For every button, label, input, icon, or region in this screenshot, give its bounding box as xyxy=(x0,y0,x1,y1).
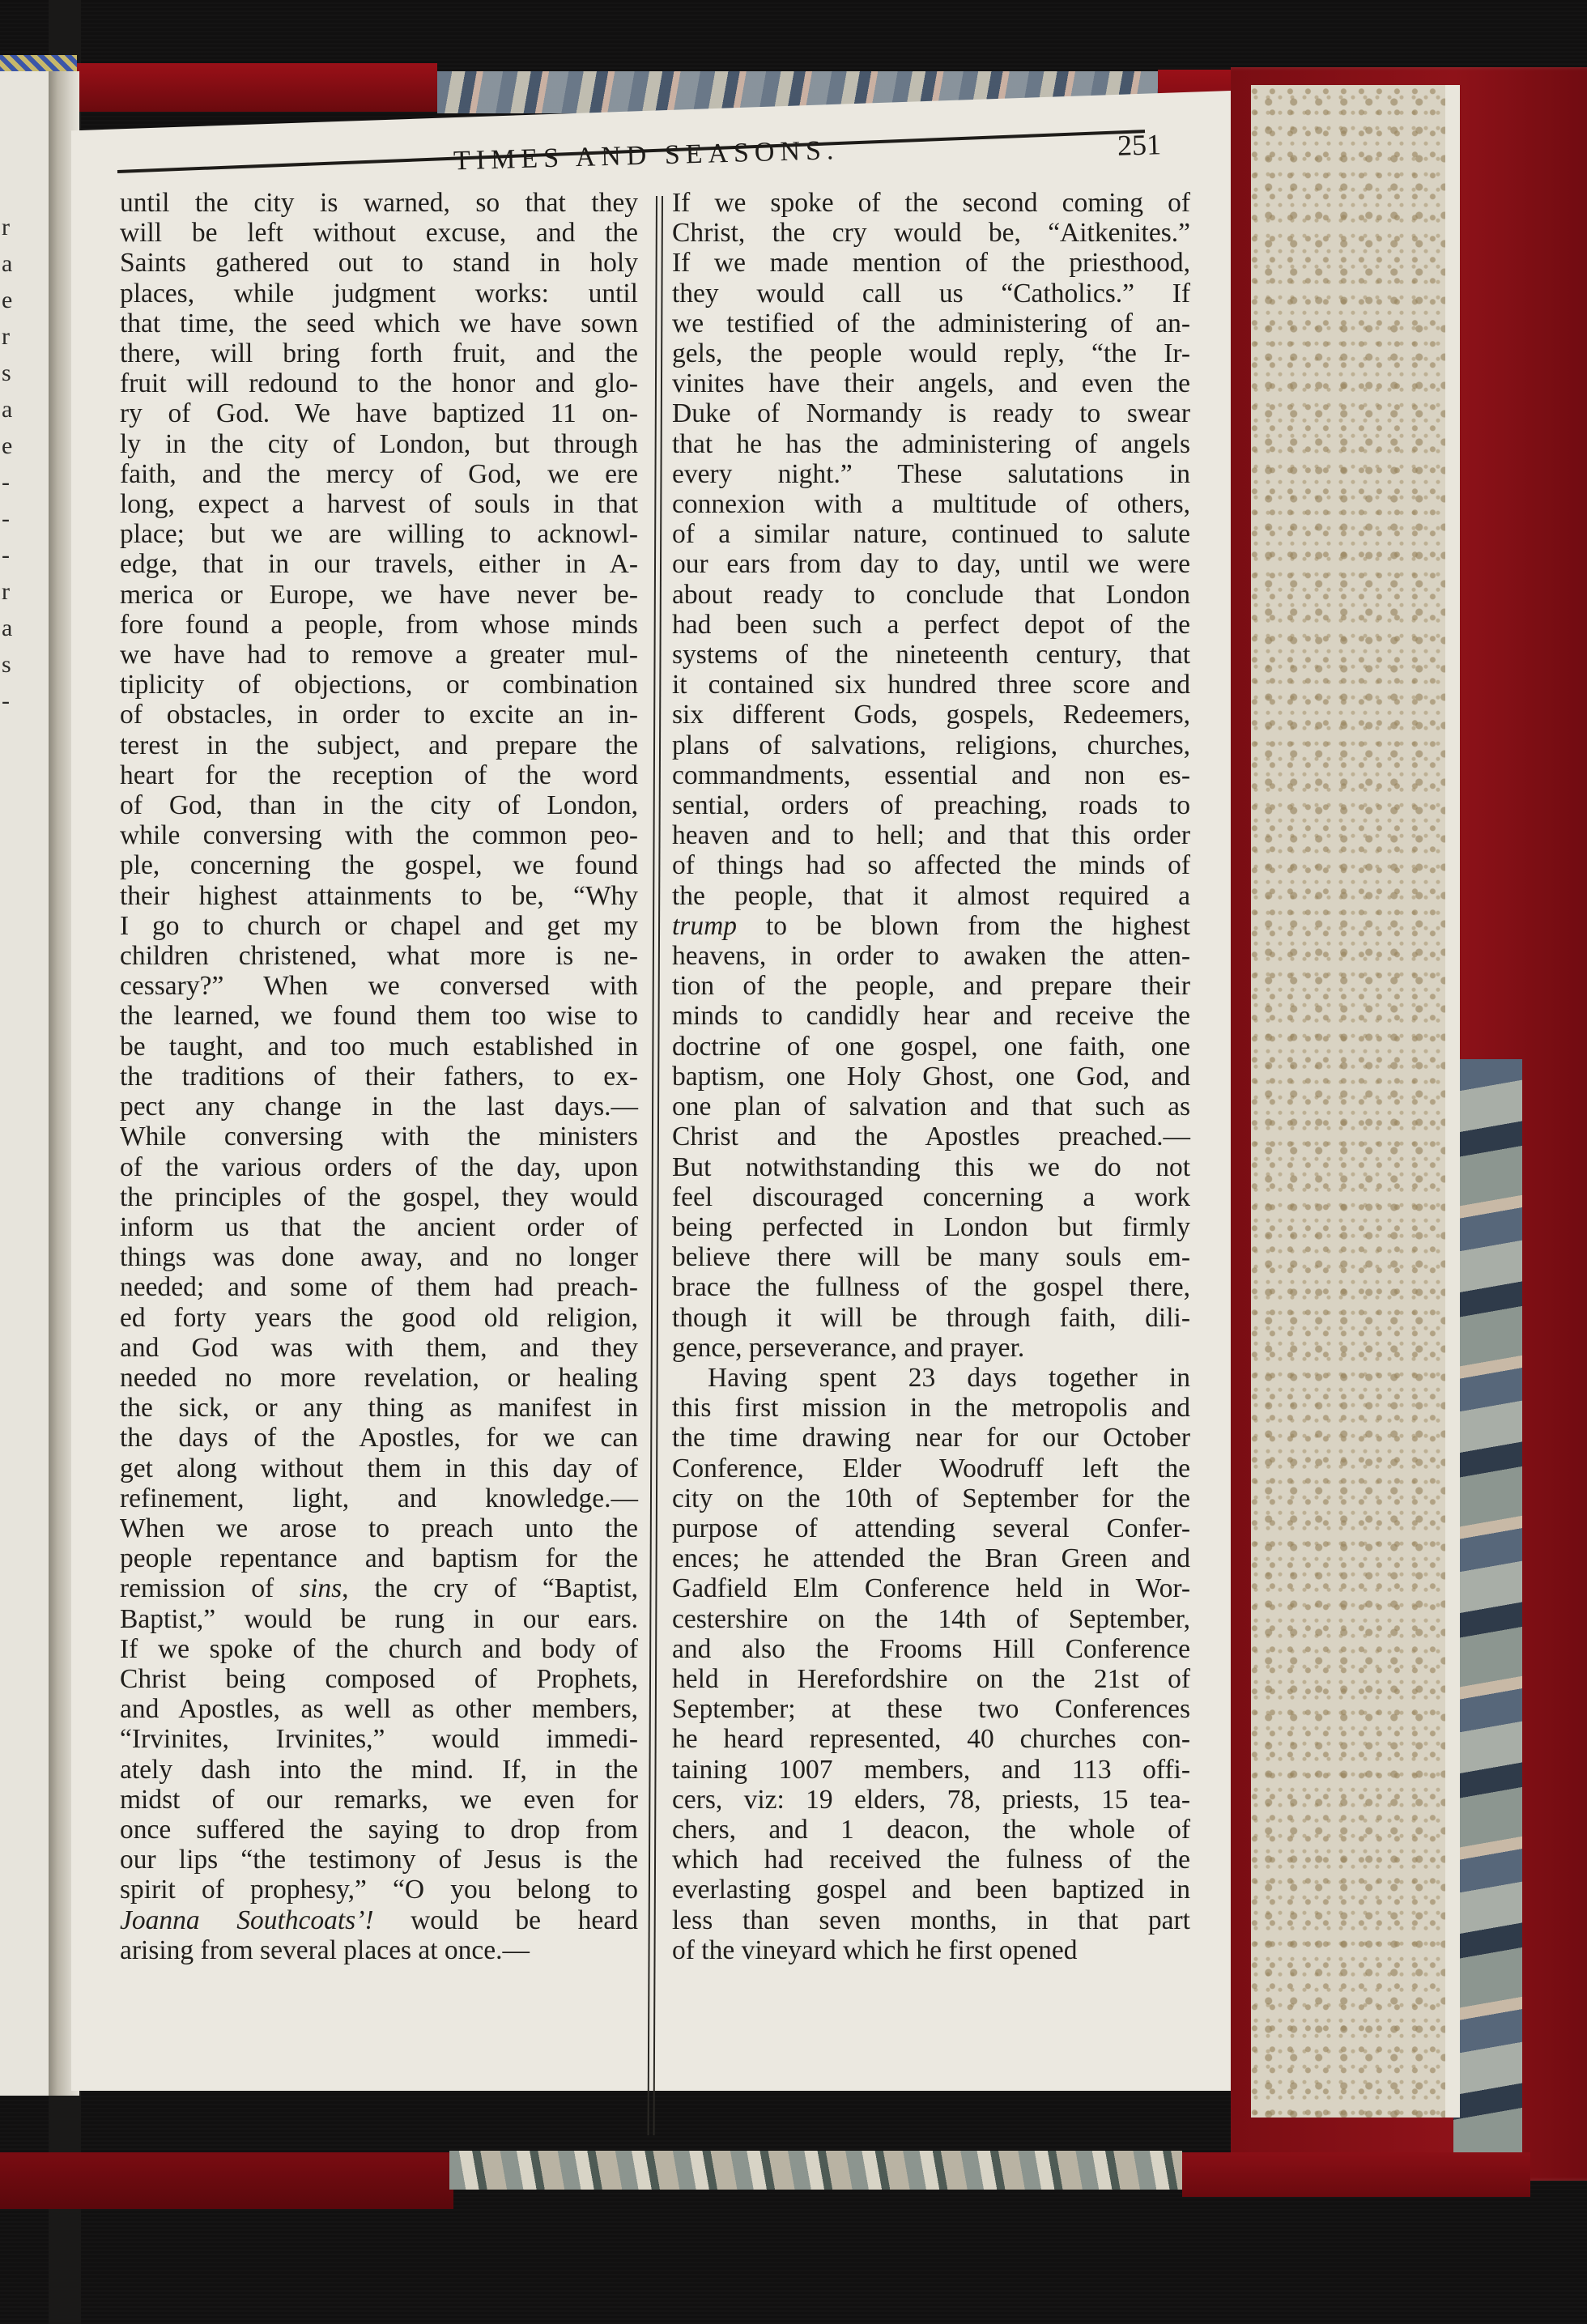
speckled-fore-edge xyxy=(1251,85,1445,2118)
text-line: needed; and some of them had preach- xyxy=(120,1272,638,1302)
text-line: gence, perseverance, and prayer. xyxy=(672,1333,1190,1363)
text-line: the traditions of their fathers, to ex- xyxy=(120,1062,638,1092)
left-page-edge-glyph: e xyxy=(2,282,10,318)
text-line: tiplicity of objections, or combination xyxy=(120,670,638,700)
text-line: terest in the subject, and prepare the xyxy=(120,730,638,760)
text-line: ed forty years the good old religion, xyxy=(120,1303,638,1333)
text-line: merica or Europe, we have never be- xyxy=(120,580,638,610)
text-line: minds to candidly hear and receive the xyxy=(672,1001,1190,1031)
text-line: of a similar nature, continued to salute xyxy=(672,519,1190,549)
text-line: place; but we are willing to acknowl- xyxy=(120,519,638,549)
text-line: less than seven months, in that part xyxy=(672,1905,1190,1935)
text-line: baptism, one Holy Ghost, one God, and xyxy=(672,1062,1190,1092)
text-line: faith, and the mercy of God, we ere xyxy=(120,459,638,489)
text-column-right: If we spoke of the second coming ofChris… xyxy=(672,188,1190,1965)
text-line: ly in the city of London, but through xyxy=(120,429,638,459)
text-line: their highest attainments to be, “Why xyxy=(120,881,638,911)
text-line: and Apostles, as well as other members, xyxy=(120,1694,638,1724)
text-line: While conversing with the ministers xyxy=(120,1122,638,1151)
text-line: our lips “the testimony of Jesus is the xyxy=(120,1845,638,1875)
text-line: sential, orders of preaching, roads to xyxy=(672,790,1190,820)
text-line: the days of the Apostles, for we can xyxy=(120,1423,638,1453)
text-line: that he has the administering of angels xyxy=(672,429,1190,459)
text-line: commandments, essential and non es- xyxy=(672,760,1190,790)
text-line: until the city is warned, so that they xyxy=(120,188,638,218)
text-line: ately dash into the mind. If, in the xyxy=(120,1755,638,1785)
text-line: of the various orders of the day, upon xyxy=(120,1152,638,1182)
text-line: taining 1007 members, and 113 offi- xyxy=(672,1755,1190,1785)
text-line: of the vineyard which he first opened xyxy=(672,1935,1190,1965)
text-line: spirit of prophesy,” “O you belong to xyxy=(120,1875,638,1905)
text-column-left: until the city is warned, so that theywi… xyxy=(120,188,638,1965)
text-line: heavens, in order to awaken the atten- xyxy=(672,941,1190,971)
text-line: vinites have their angels, and even the xyxy=(672,368,1190,398)
text-line: trump to be blown from the highest xyxy=(672,911,1190,941)
left-page-edge-glyph: a xyxy=(2,610,10,646)
text-line: Christ being composed of Prophets, xyxy=(120,1664,638,1694)
left-page-edge-glyph: r xyxy=(2,573,10,610)
text-line: places, while judgment works: until xyxy=(120,279,638,309)
text-line: remission of sins, the cry of “Baptist, xyxy=(120,1573,638,1603)
text-line: had been such a perfect depot of the xyxy=(672,610,1190,640)
text-line: this first mission in the metropolis and xyxy=(672,1393,1190,1423)
text-line: they would call us “Catholics.” If xyxy=(672,279,1190,309)
text-line: feel discouraged concerning a work xyxy=(672,1182,1190,1212)
text-line: ences; he attended the Bran Green and xyxy=(672,1543,1190,1573)
left-page-edge-glyph: s xyxy=(2,646,10,683)
text-line: things was done away, and no longer xyxy=(120,1242,638,1272)
left-page-edge-glyph: - xyxy=(2,683,10,719)
text-line: brace the fullness of the gospel there, xyxy=(672,1272,1190,1302)
text-line: children christened, what more is ne- xyxy=(120,941,638,971)
left-page-edge-glyph: s xyxy=(2,355,10,391)
text-line: doctrine of one gospel, one faith, one xyxy=(672,1032,1190,1062)
text-line: pect any change in the last days.— xyxy=(120,1092,638,1122)
text-line: long, expect a harvest of souls in that xyxy=(120,489,638,519)
text-line: plans of salvations, religions, churches… xyxy=(672,730,1190,760)
text-line: edge, that in our travels, either in A- xyxy=(120,549,638,579)
left-page-sliver: raersae---ras- xyxy=(0,71,50,2096)
text-line: “Irvinites, Irvinites,” would immedi- xyxy=(120,1724,638,1754)
text-line: needed no more revelation, or healing xyxy=(120,1363,638,1393)
left-page-edge-glyph: e xyxy=(2,428,10,464)
text-line: Christ and the Apostles preached.— xyxy=(672,1122,1190,1151)
text-line: we have had to remove a greater mul- xyxy=(120,640,638,670)
text-line: cessary?” When we conversed with xyxy=(120,971,638,1001)
text-line: believe there will be many souls em- xyxy=(672,1242,1190,1272)
headband xyxy=(0,55,77,73)
text-line: Conference, Elder Woodruff left the xyxy=(672,1454,1190,1483)
text-line: which had received the fulness of the xyxy=(672,1845,1190,1875)
text-line: I go to church or chapel and get my xyxy=(120,911,638,941)
text-line: fruit will redound to the honor and glo- xyxy=(120,368,638,398)
text-line: Duke of Normandy is ready to swear xyxy=(672,398,1190,428)
text-line: being perfected in London but firmly xyxy=(672,1212,1190,1242)
text-line: Gadfield Elm Conference held in Wor- xyxy=(672,1573,1190,1603)
text-line: Baptist,” would be rung in our ears. xyxy=(120,1604,638,1634)
text-line: purpose of attending several Confer- xyxy=(672,1513,1190,1543)
text-line: September; at these two Conferences xyxy=(672,1694,1190,1724)
text-line: connexion with a multitude of others, xyxy=(672,489,1190,519)
text-line: he heard represented, 40 churches con- xyxy=(672,1724,1190,1754)
text-line: of things had so affected the minds of xyxy=(672,850,1190,880)
text-line: though it will be through faith, dili- xyxy=(672,1303,1190,1333)
text-line: Saints gathered out to stand in holy xyxy=(120,248,638,278)
text-line: six different Gods, gospels, Redeemers, xyxy=(672,700,1190,730)
binding-bottom-left-leather xyxy=(0,2152,453,2209)
left-page-edge-glyph: - xyxy=(2,537,10,573)
text-line: Having spent 23 days together in xyxy=(672,1363,1190,1393)
text-line: Christ, the cry would be, “Aitkenites.” xyxy=(672,218,1190,248)
text-line: If we spoke of the second coming of xyxy=(672,188,1190,218)
text-line: If we made mention of the priesthood, xyxy=(672,248,1190,278)
text-line: every night.” These salutations in xyxy=(672,459,1190,489)
text-line: refinement, light, and knowledge.— xyxy=(120,1483,638,1513)
text-line: held in Herefordshire on the 21st of xyxy=(672,1664,1190,1694)
marbled-paper-bottom xyxy=(449,2151,1182,2190)
text-line: city on the 10th of September for the xyxy=(672,1483,1190,1513)
text-line: If we spoke of the church and body of xyxy=(120,1634,638,1664)
left-page-edge-text: raersae---ras- xyxy=(2,209,10,719)
text-line: everlasting gospel and been baptized in xyxy=(672,1875,1190,1905)
fore-edge-lip xyxy=(1445,85,1460,2118)
text-line: the sick, or any thing as manifest in xyxy=(120,1393,638,1423)
left-page-edge-glyph: a xyxy=(2,245,10,282)
text-line: and God was with them, and they xyxy=(120,1333,638,1363)
text-line: the people, that it almost required a xyxy=(672,881,1190,911)
text-line: people repentance and baptism for the xyxy=(120,1543,638,1573)
left-page-edge-glyph: a xyxy=(2,391,10,428)
left-page-edge-glyph: r xyxy=(2,318,10,355)
text-line: gels, the people would reply, “the Ir- xyxy=(672,338,1190,368)
italic-phrase: Joanna Southcoats’! xyxy=(120,1905,374,1935)
text-line: systems of the nineteenth century, that xyxy=(672,640,1190,670)
left-page-edge-glyph: r xyxy=(2,209,10,245)
text-line: of God, than in the city of London, xyxy=(120,790,638,820)
text-line: while conversing with the common peo- xyxy=(120,820,638,850)
text-line: and also the Frooms Hill Conference xyxy=(672,1634,1190,1664)
text-line: it contained six hundred three score and xyxy=(672,670,1190,700)
text-line: the principles of the gospel, they would xyxy=(120,1182,638,1212)
italic-phrase: trump xyxy=(672,911,737,941)
text-line: there, will bring forth fruit, and the xyxy=(120,338,638,368)
italic-phrase: sins xyxy=(300,1573,342,1603)
text-line: the learned, we found them too wise to xyxy=(120,1001,638,1031)
binding-bottom-right-leather xyxy=(1182,2152,1530,2197)
text-line: Joanna Southcoats’! would be heard xyxy=(120,1905,638,1935)
marbled-paper-right xyxy=(1453,1059,1522,2177)
text-line: arising from several places at once.— xyxy=(120,1935,638,1965)
left-page-edge-glyph: - xyxy=(2,464,10,500)
text-line: the time drawing near for our October xyxy=(672,1423,1190,1453)
text-line: ry of God. We have baptized 11 on- xyxy=(120,398,638,428)
text-line: of obstacles, in order to excite an in- xyxy=(120,700,638,730)
text-line: will be left without excuse, and the xyxy=(120,218,638,248)
text-line: ple, concerning the gospel, we found xyxy=(120,850,638,880)
text-line: inform us that the ancient order of xyxy=(120,1212,638,1242)
text-line: we testified of the administering of an- xyxy=(672,309,1190,338)
text-line: When we arose to preach unto the xyxy=(120,1513,638,1543)
text-line: chers, and 1 deacon, the whole of xyxy=(672,1815,1190,1845)
text-line: once suffered the saying to drop from xyxy=(120,1815,638,1845)
text-line: our ears from day to day, until we were xyxy=(672,549,1190,579)
text-line: midst of our remarks, we even for xyxy=(120,1785,638,1815)
text-line: get along without them in this day of xyxy=(120,1454,638,1483)
text-line: that time, the seed which we have sown xyxy=(120,309,638,338)
text-line: fore found a people, from whose minds xyxy=(120,610,638,640)
text-line: tion of the people, and prepare their xyxy=(672,971,1190,1001)
text-line: But notwithstanding this we do not xyxy=(672,1152,1190,1182)
text-line: be taught, and too much established in xyxy=(120,1032,638,1062)
text-line: cestershire on the 14th of September, xyxy=(672,1604,1190,1634)
text-line: cers, viz: 19 elders, 78, priests, 15 te… xyxy=(672,1785,1190,1815)
text-line: heaven and to hell; and that this order xyxy=(672,820,1190,850)
text-line: heart for the reception of the word xyxy=(120,760,638,790)
text-line: one plan of salvation and that such as xyxy=(672,1092,1190,1122)
left-page-edge-glyph: - xyxy=(2,500,10,537)
text-line: about ready to conclude that London xyxy=(672,580,1190,610)
